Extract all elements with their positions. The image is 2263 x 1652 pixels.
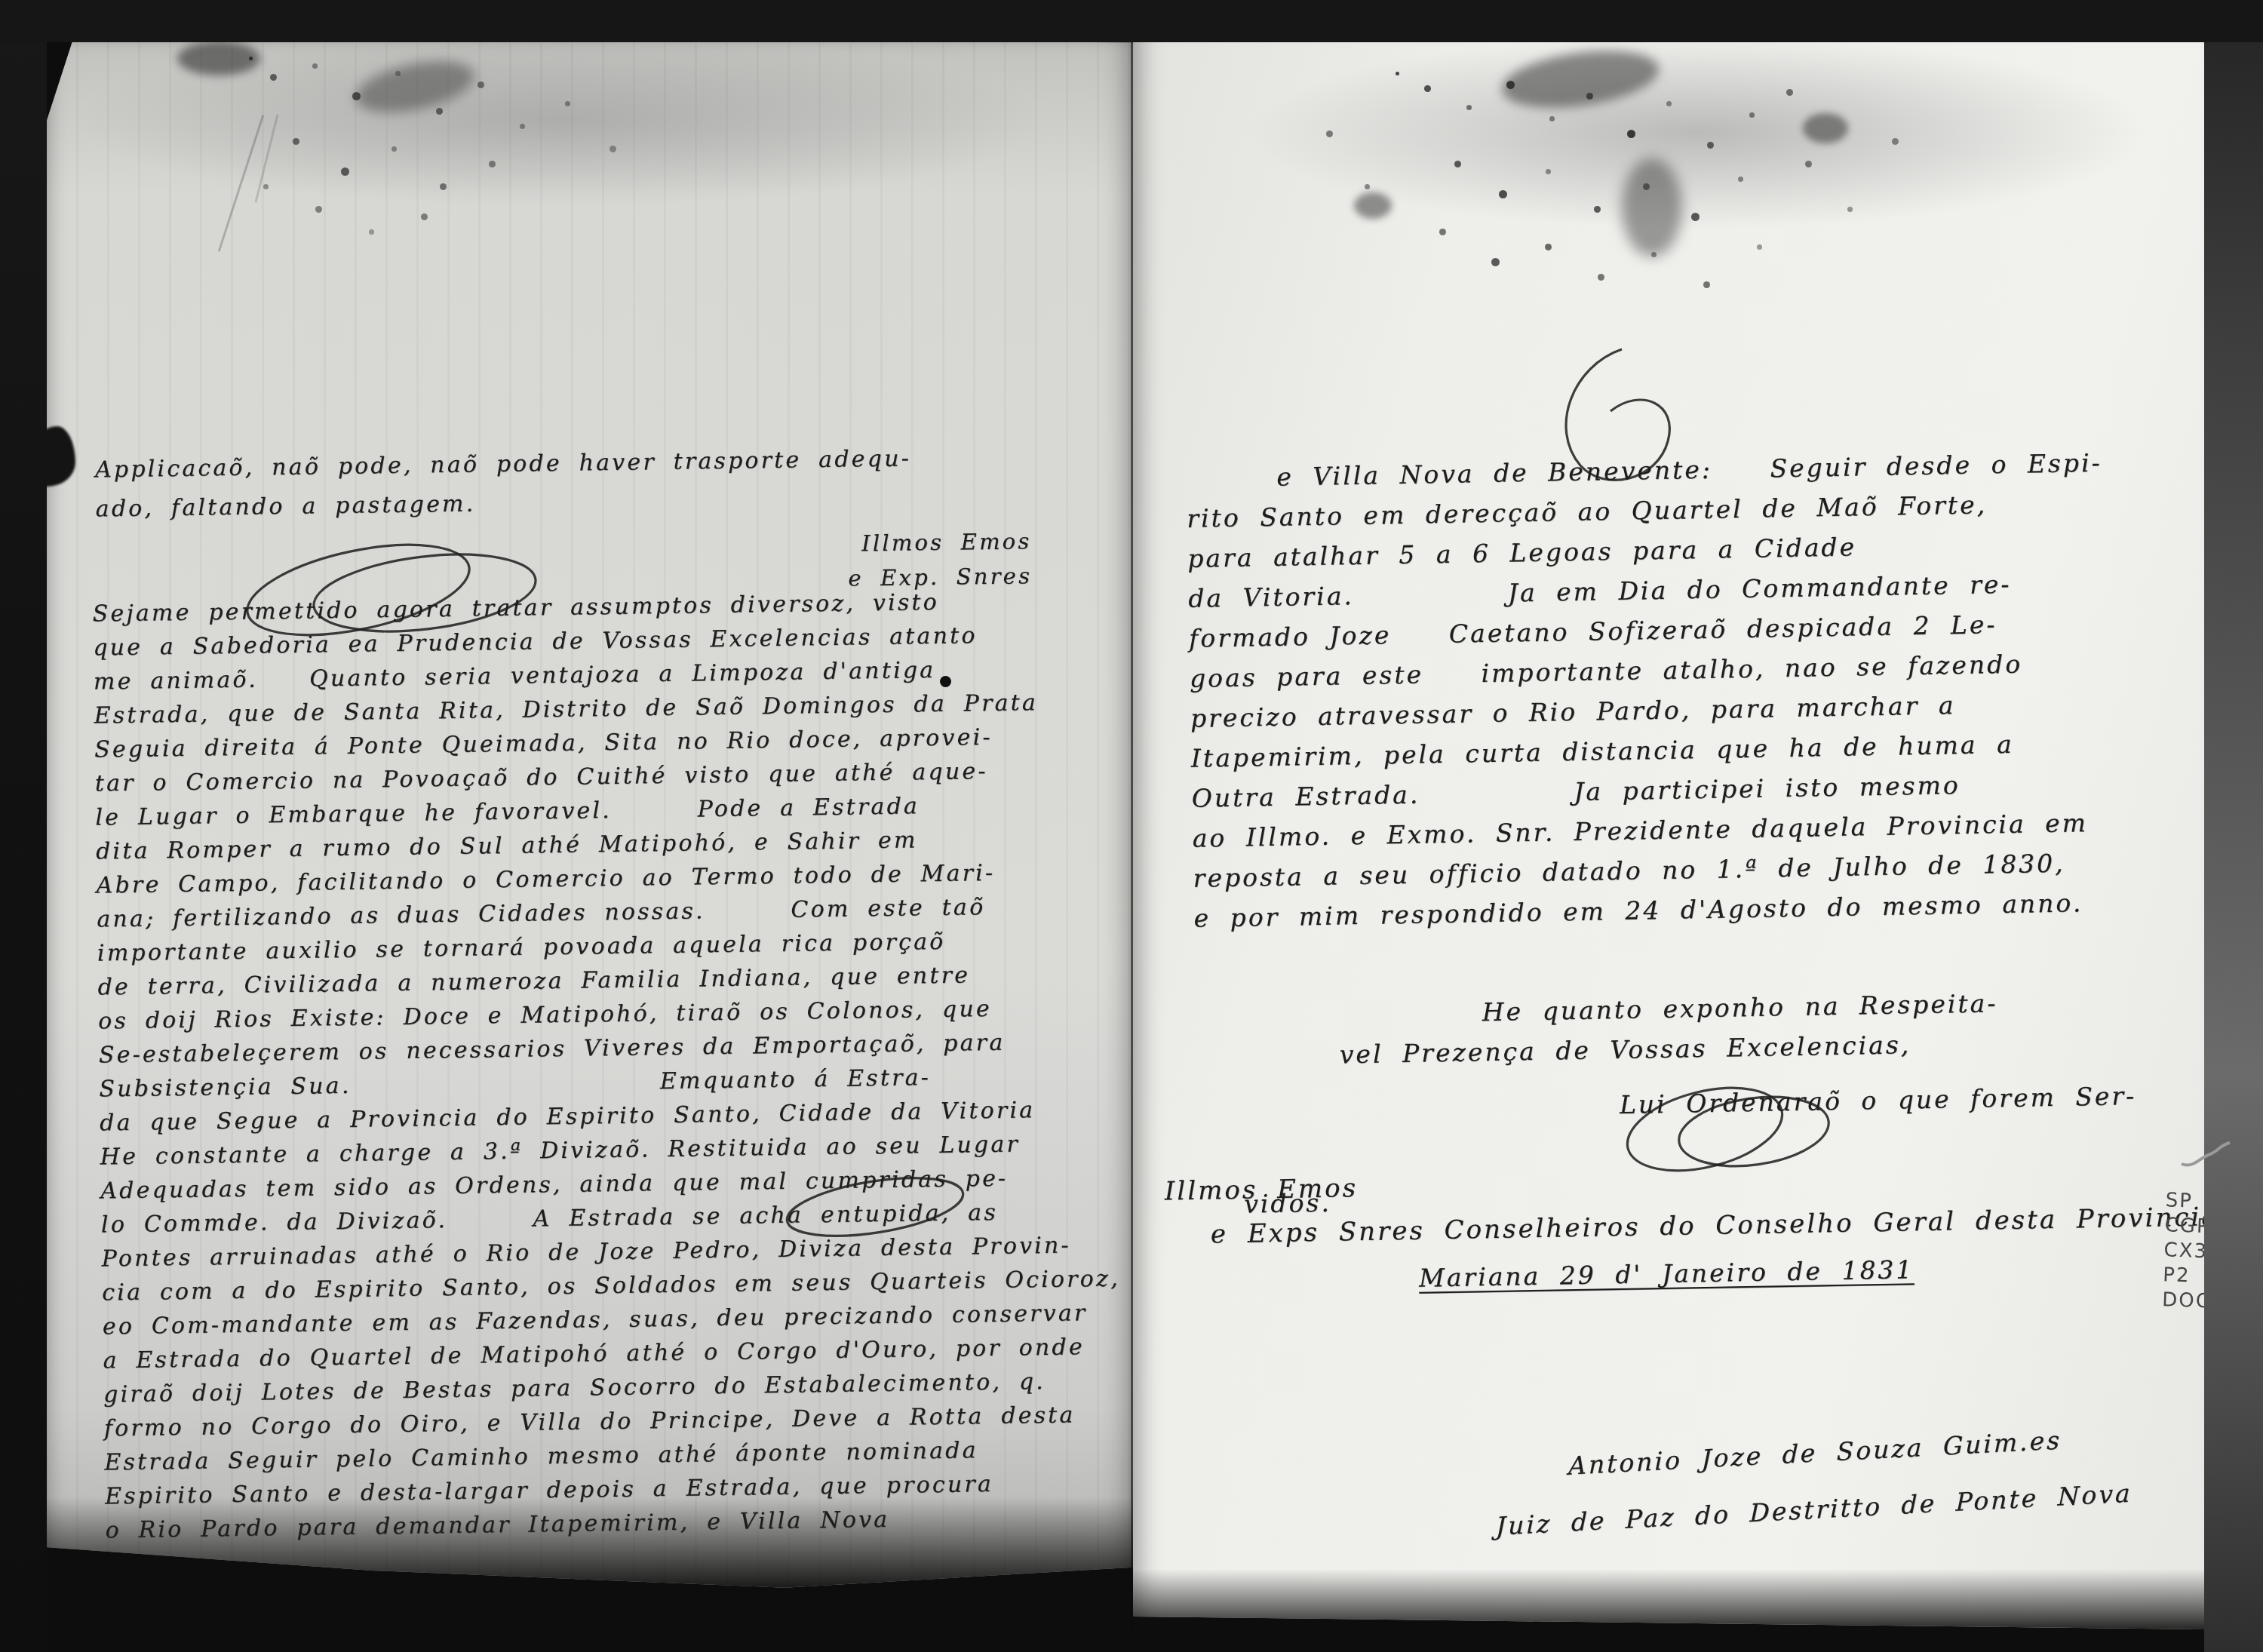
- stain-blob: [1803, 113, 1848, 143]
- left-body-paragraphs: Sejame permettido agora tratar assumptos…: [92, 583, 1123, 1548]
- dateline: Mariana 29 d' Janeiro de 1831: [1419, 1254, 1914, 1292]
- stain-blob: [177, 41, 260, 75]
- flourish-ornament: [777, 1169, 981, 1245]
- pencil-squiggle: [2180, 1135, 2233, 1173]
- left-page: Applicacaõ, naõ pode, naõ pode haver tra…: [45, 38, 1133, 1595]
- flourish-ornament: [230, 528, 554, 653]
- film-edge-left: [0, 0, 47, 1652]
- film-edge-top: [0, 0, 2263, 42]
- left-opening-paragraph: Applicacaõ, naõ pode, naõ pode haver tra…: [95, 439, 912, 529]
- mildew-speckles: [1396, 72, 1399, 75]
- flourish-ornament: [1614, 1067, 1841, 1192]
- stain-blob: [1354, 192, 1392, 219]
- film-edge-right: [2204, 0, 2263, 1652]
- page-fold-line: [1131, 30, 1133, 1637]
- stain-blob: [1622, 158, 1682, 256]
- signature-block: Antonio Joze de Souza Guim.es Juiz de Pa…: [1377, 1396, 2252, 1555]
- ink-dot: [940, 676, 951, 687]
- flourish-ornament: [1528, 343, 1716, 498]
- right-page: e Villa Nova de Benevente: Seguir desde …: [1133, 29, 2204, 1629]
- microfilm-scan: Applicacaõ, naõ pode, naõ pode haver tra…: [0, 0, 2263, 1652]
